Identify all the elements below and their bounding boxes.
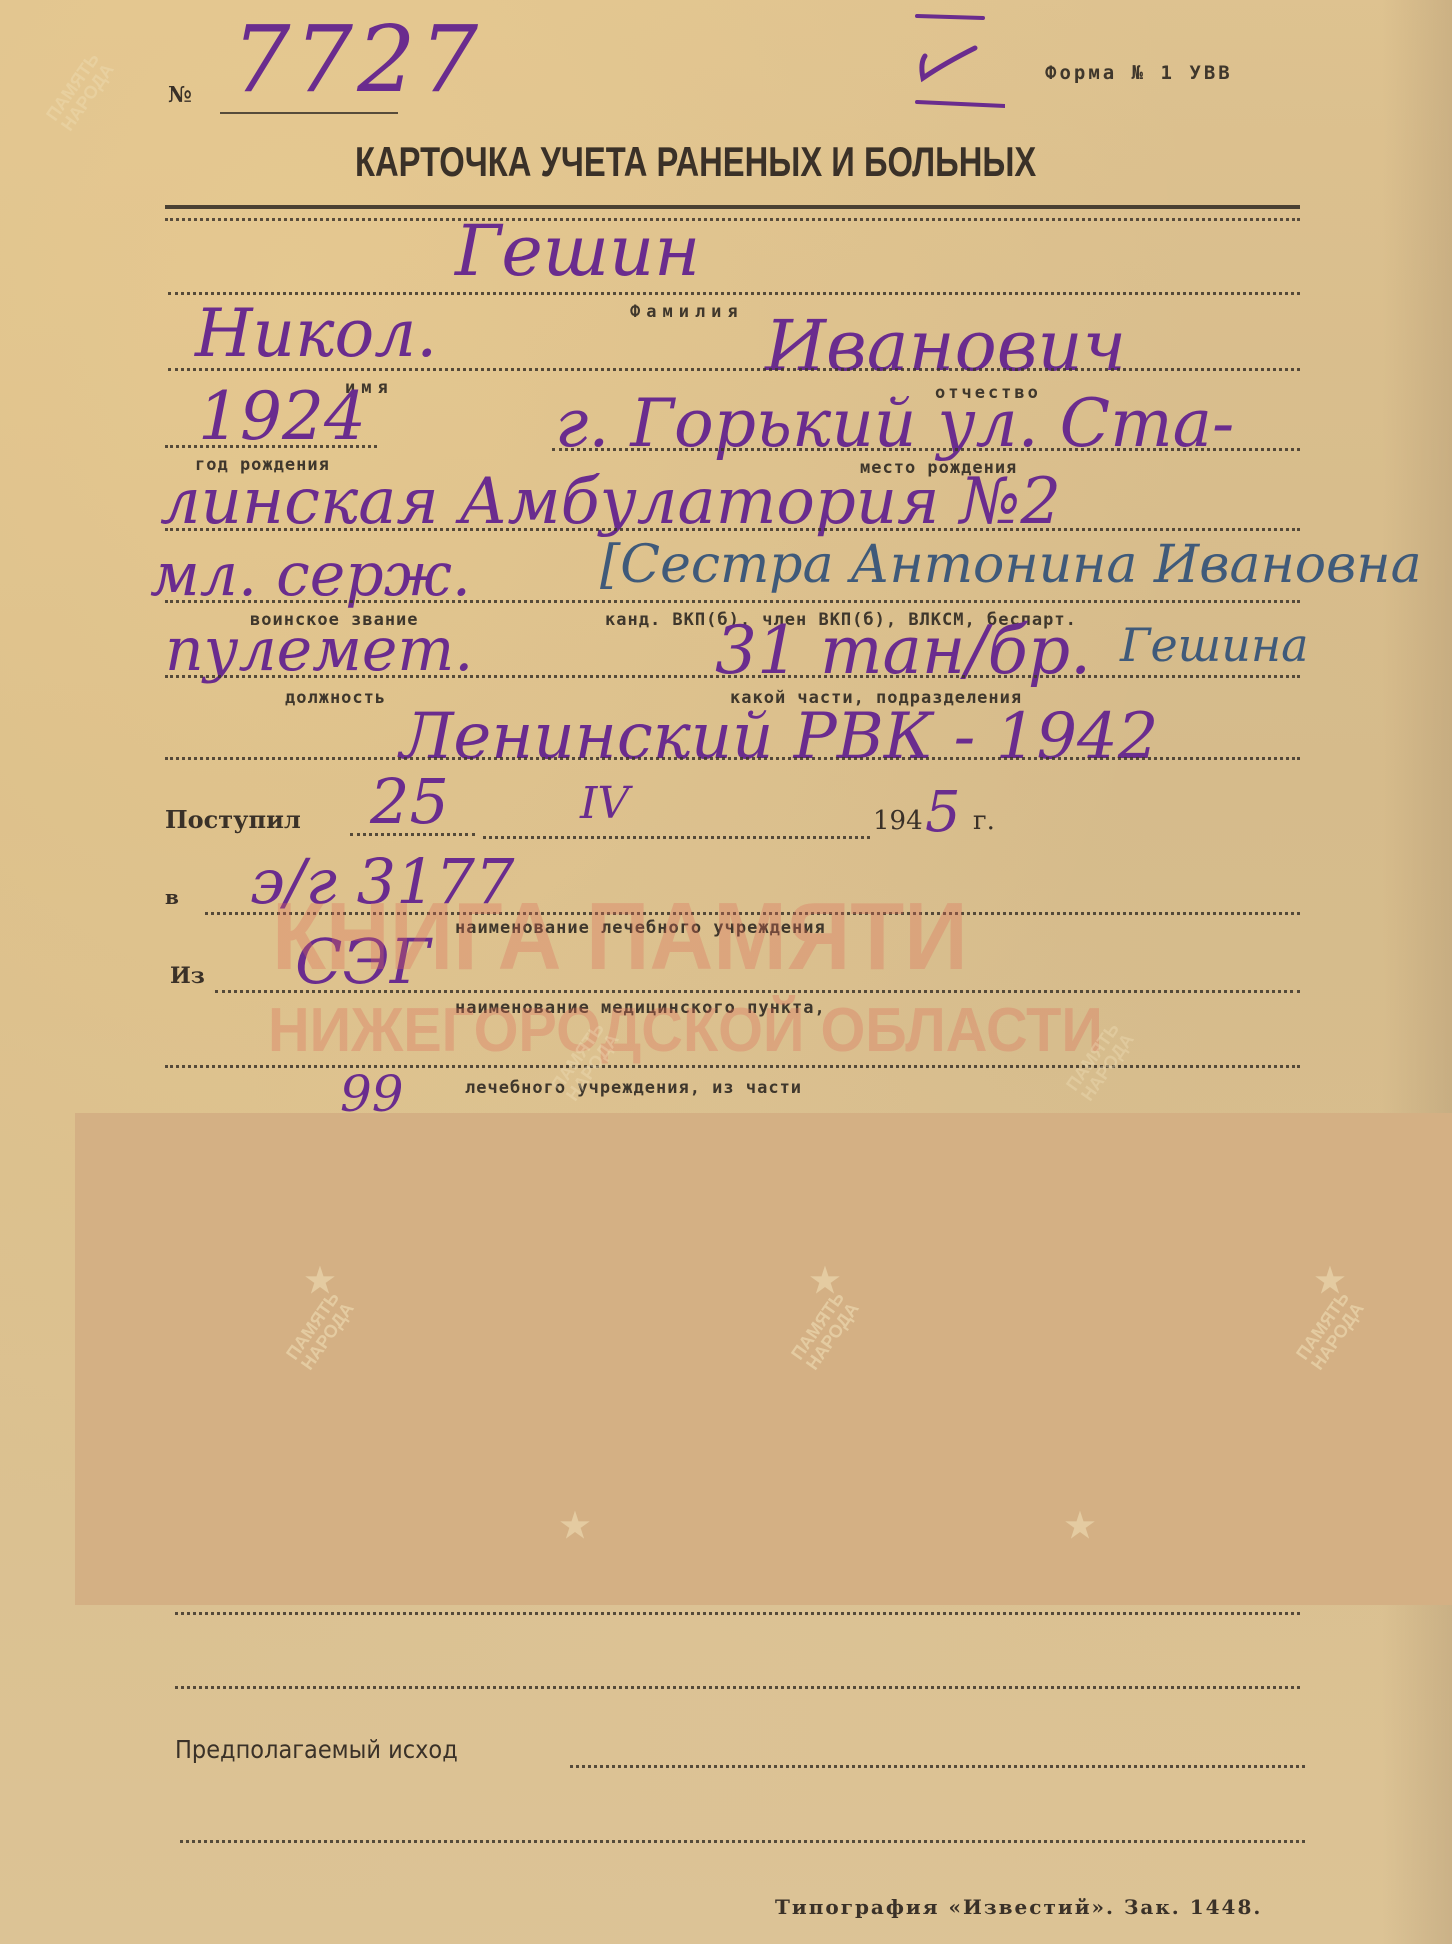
lower-line-3 (180, 1840, 1305, 1843)
watermark-stamp: ПАМЯТЬ НАРОДА (530, 1030, 640, 1170)
to-institution-prefix: в (165, 885, 179, 909)
archive-watermark-line1: КНИГА ПАМЯТИ (272, 882, 968, 992)
position-label: должность (285, 688, 386, 708)
draft-value: Ленинский РВК - 1942 (400, 700, 1158, 774)
redacted-region: ★ ПАМЯТЬ НАРОДА ★ ПАМЯТЬ НАРОДА ★ ПАМЯТЬ… (75, 1113, 1452, 1605)
admitted-line-day (350, 833, 475, 836)
card-number: 7727 (232, 6, 482, 113)
watermark-stamp: ПАМЯТЬ НАРОДА (25, 60, 135, 200)
admitted-month: IV (580, 778, 629, 829)
admitted-year-unit: г. (973, 806, 995, 836)
position-line (165, 675, 1300, 678)
printer-footer: Типография «Известий». Зак. 1448. (775, 1895, 1262, 1919)
admitted-year-suffix: 5 (925, 780, 961, 845)
form-label: Форма № 1 УВВ (1045, 62, 1233, 84)
birth-year-value: 1924 (198, 378, 366, 455)
watermark-stamp: ПАМЯТЬ НАРОДА (1045, 1030, 1155, 1170)
check-mark-icon (895, 8, 1005, 108)
relative-note-line2: Гешина (1120, 618, 1309, 672)
star-icon: ★ (1025, 1508, 1135, 1544)
watermark-stamp: ★ ПАМЯТЬ НАРОДА (770, 1263, 880, 1403)
rank-line (165, 600, 1300, 603)
draft-line (165, 757, 1300, 760)
admitted-day: 25 (370, 765, 449, 838)
outcome-label: Предполагаемый исход (175, 1735, 458, 1764)
admitted-line-month (483, 836, 870, 839)
star-icon: ★ (520, 1508, 630, 1544)
watermark-stamp: ★ (520, 1508, 630, 1648)
lower-line-1 (175, 1612, 1300, 1615)
lower-line-2 (175, 1686, 1300, 1689)
archive-watermark-line2: НИЖЕГОРОДСКОЙ ОБЛАСТИ (268, 995, 1103, 1066)
relative-note-line1: [Сестра Антонина Ивановна (600, 535, 1422, 595)
name-line (168, 368, 1300, 371)
watermark-stamp: ★ ПАМЯТЬ НАРОДА (265, 1263, 375, 1403)
page-title: КАРТОЧКА УЧЕТА РАНЕНЫХ И БОЛЬНЫХ (355, 138, 936, 186)
from-point-prefix: Из (170, 963, 205, 989)
surname-label: Фамилия (630, 302, 744, 322)
number-sign: № (168, 82, 192, 108)
admitted-year-prefix: 194 (873, 806, 923, 836)
title-rule (165, 205, 1300, 221)
birthplace-line-2 (165, 528, 1300, 531)
patronymic-value: Иванович (765, 305, 1126, 387)
first-name-value: Никол. (195, 295, 437, 372)
watermark-stamp: ★ ПАМЯТЬ НАРОДА (1275, 1263, 1385, 1403)
paper-edge-shadow (1382, 0, 1452, 1944)
birthplace-line (552, 448, 1300, 451)
birth-year-line (165, 445, 377, 448)
admitted-label: Поступил (165, 805, 301, 834)
surname-value: Гешин (455, 210, 700, 292)
outcome-line (570, 1765, 1305, 1768)
watermark-stamp: ★ (1025, 1508, 1135, 1648)
